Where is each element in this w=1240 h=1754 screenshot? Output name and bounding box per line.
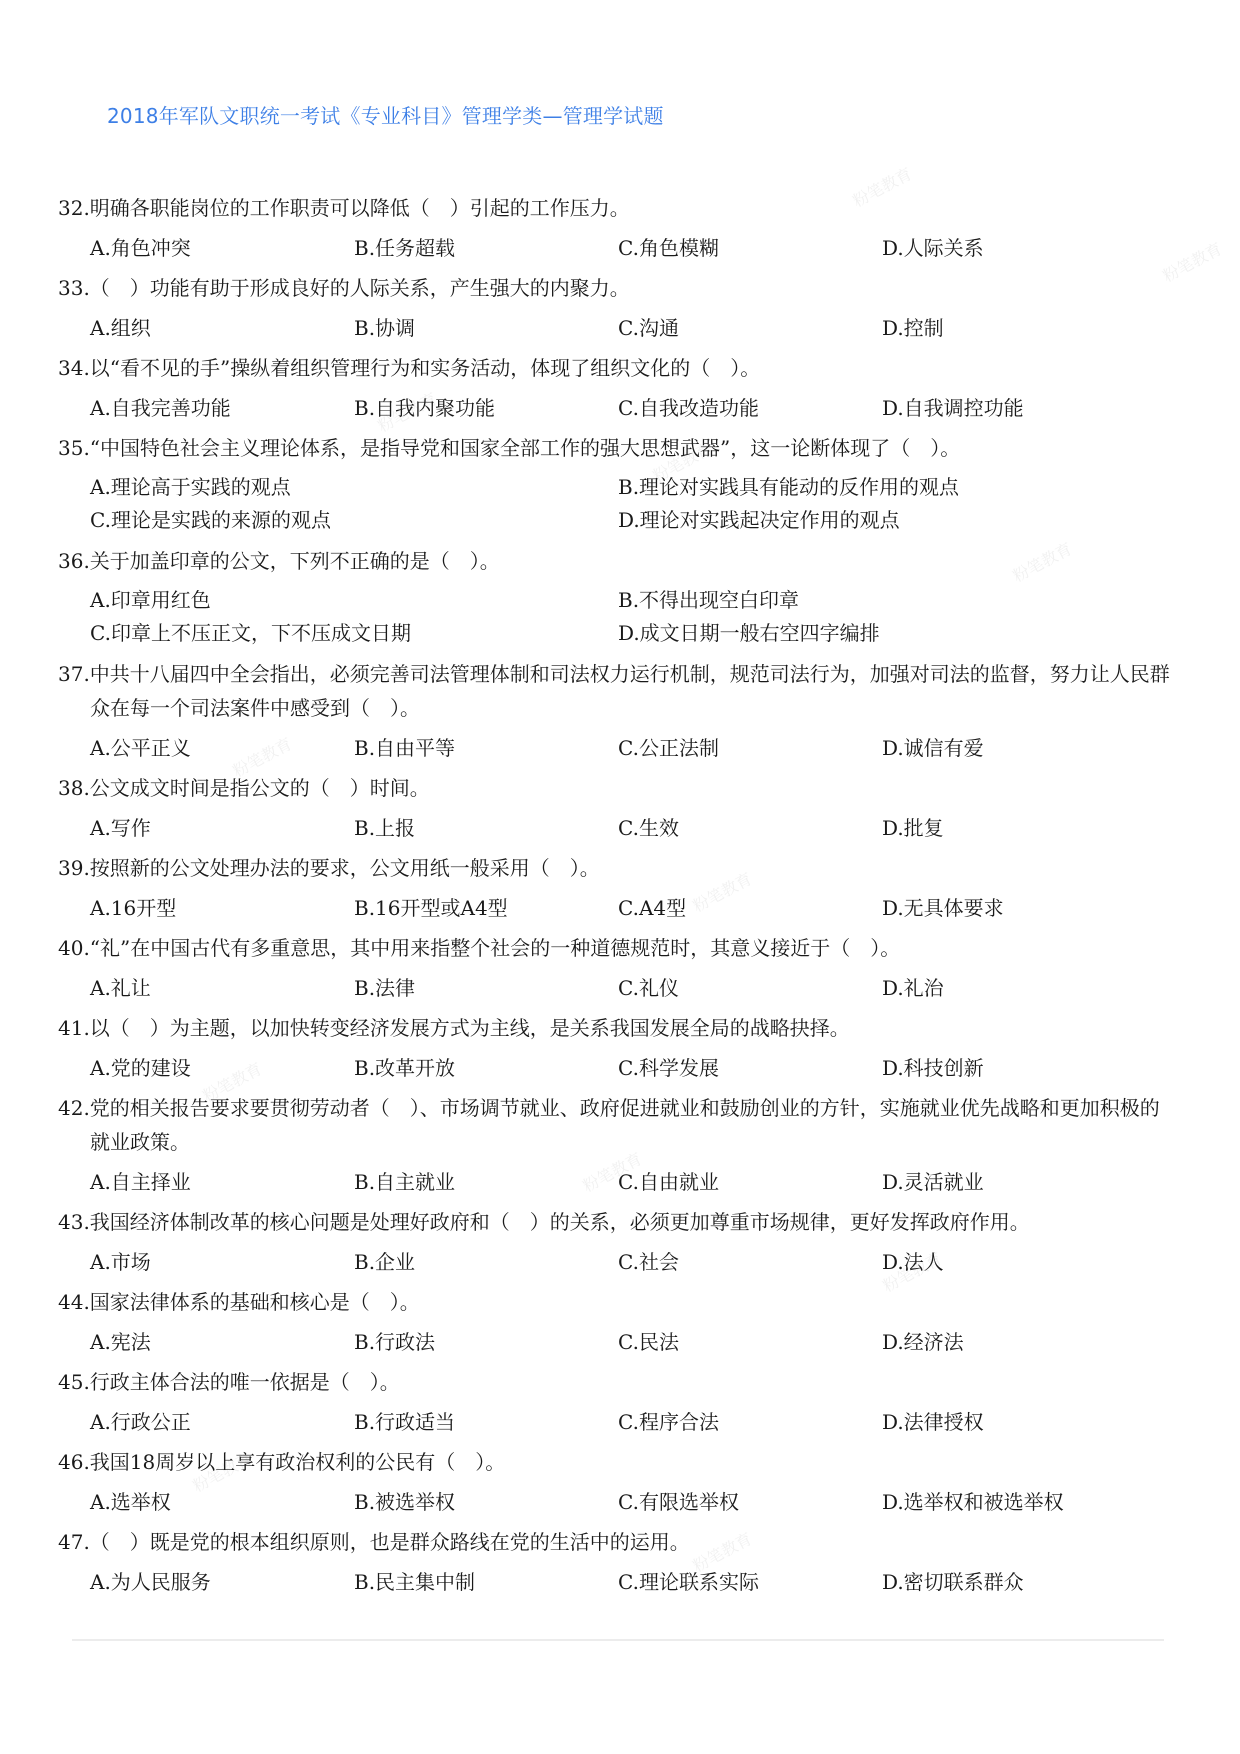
option-row: A.行政公正 B.行政适当 C.程序合法 D.法律授权	[58, 1402, 1178, 1442]
option-b: B.上报	[354, 808, 618, 848]
question-list: 32.明确各职能岗位的工作职责可以降低（ ）引起的工作压力。 A.角色冲突 B.…	[58, 188, 1178, 1602]
option-row: A.宪法 B.行政法 C.民法 D.经济法	[58, 1322, 1178, 1362]
option-a: A.自我完善功能	[90, 388, 354, 428]
question-38: 38.公文成文时间是指公文的（ ）时间。 A.写作 B.上报 C.生效 D.批复	[58, 768, 1178, 848]
option-row: A.角色冲突 B.任务超载 C.角色模糊 D.人际关系	[58, 228, 1178, 268]
question-43: 43.我国经济体制改革的核心问题是处理好政府和（ ）的关系，必须更加尊重市场规律…	[58, 1202, 1178, 1282]
option-a: A.写作	[90, 808, 354, 848]
option-b: B.法律	[354, 968, 618, 1008]
option-row: A.为人民服务 B.民主集中制 C.理论联系实际 D.密切联系群众	[58, 1562, 1178, 1602]
option-row: A.自主择业 B.自主就业 C.自由就业 D.灵活就业	[58, 1162, 1178, 1202]
option-b: B.任务超载	[354, 228, 618, 268]
option-d: D.灵活就业	[882, 1162, 1146, 1202]
option-d: D.成文日期一般右空四字编排	[618, 617, 1146, 650]
option-b: B.自我内聚功能	[354, 388, 618, 428]
footer-divider	[72, 1639, 1164, 1641]
question-stem: 32.明确各职能岗位的工作职责可以降低（ ）引起的工作压力。	[58, 188, 1178, 228]
question-stem: 34.以“看不见的手”操纵着组织管理行为和实务活动，体现了组织文化的（ ）。	[58, 348, 1178, 388]
question-37: 37.中共十八届四中全会指出，必须完善司法管理体制和司法权力运行机制，规范司法行…	[58, 654, 1178, 768]
question-39: 39.按照新的公文处理办法的要求，公文用纸一般采用（ ）。 A.16开型 B.1…	[58, 848, 1178, 928]
option-d: D.经济法	[882, 1322, 1146, 1362]
option-b: B.不得出现空白印章	[618, 584, 1146, 617]
option-d: D.选举权和被选举权	[882, 1482, 1146, 1522]
option-a: A.宪法	[90, 1322, 354, 1362]
question-42: 42.党的相关报告要求要贯彻劳动者（ ）、市场调节就业、政府促进就业和鼓励创业的…	[58, 1088, 1178, 1202]
question-45: 45.行政主体合法的唯一依据是（ ）。 A.行政公正 B.行政适当 C.程序合法…	[58, 1362, 1178, 1442]
option-d: D.诚信有爱	[882, 728, 1146, 768]
option-b: B.行政法	[354, 1322, 618, 1362]
option-d: D.无具体要求	[882, 888, 1146, 928]
option-row: A.16开型 B.16开型或A4型 C.A4型 D.无具体要求	[58, 888, 1178, 928]
question-40: 40.“礼”在中国古代有多重意思，其中用来指整个社会的一种道德规范时，其意义接近…	[58, 928, 1178, 1008]
option-a: A.选举权	[90, 1482, 354, 1522]
option-c: C.程序合法	[618, 1402, 882, 1442]
question-44: 44.国家法律体系的基础和核心是（ ）。 A.宪法 B.行政法 C.民法 D.经…	[58, 1282, 1178, 1362]
option-a: A.组织	[90, 308, 354, 348]
question-stem: 33.（ ）功能有助于形成良好的人际关系，产生强大的内聚力。	[58, 268, 1178, 308]
question-stem: 42.党的相关报告要求要贯彻劳动者（ ）、市场调节就业、政府促进就业和鼓励创业的…	[58, 1088, 1178, 1162]
option-c: C.有限选举权	[618, 1482, 882, 1522]
option-a: A.市场	[90, 1242, 354, 1282]
option-c: C.生效	[618, 808, 882, 848]
question-stem: 39.按照新的公文处理办法的要求，公文用纸一般采用（ ）。	[58, 848, 1178, 888]
question-36: 36.关于加盖印章的公文，下列不正确的是（ ）。 A.印章用红色 B.不得出现空…	[58, 541, 1178, 654]
option-b: B.企业	[354, 1242, 618, 1282]
option-row: A.组织 B.协调 C.沟通 D.控制	[58, 308, 1178, 348]
option-row: A.写作 B.上报 C.生效 D.批复	[58, 808, 1178, 848]
option-c: C.A4型	[618, 888, 882, 928]
option-c: C.自我改造功能	[618, 388, 882, 428]
document-title: 2018年军队文职统一考试《专业科目》管理学类—管理学试题	[107, 100, 664, 129]
option-row: A.自我完善功能 B.自我内聚功能 C.自我改造功能 D.自我调控功能	[58, 388, 1178, 428]
option-d: D.控制	[882, 308, 1146, 348]
question-stem: 36.关于加盖印章的公文，下列不正确的是（ ）。	[58, 541, 1178, 581]
option-b: B.自主就业	[354, 1162, 618, 1202]
option-c: C.角色模糊	[618, 228, 882, 268]
question-stem: 47.（ ）既是党的根本组织原则，也是群众路线在党的生活中的运用。	[58, 1522, 1178, 1562]
question-stem: 45.行政主体合法的唯一依据是（ ）。	[58, 1362, 1178, 1402]
question-stem: 35.“中国特色社会主义理论体系，是指导党和国家全部工作的强大思想武器”，这一论…	[58, 428, 1178, 468]
option-row: A.选举权 B.被选举权 C.有限选举权 D.选举权和被选举权	[58, 1482, 1178, 1522]
option-c: C.民法	[618, 1322, 882, 1362]
option-d: D.法律授权	[882, 1402, 1146, 1442]
option-b: B.民主集中制	[354, 1562, 618, 1602]
option-a: A.角色冲突	[90, 228, 354, 268]
option-d: D.自我调控功能	[882, 388, 1146, 428]
question-stem: 41.以（ ）为主题，以加快转变经济发展方式为主线，是关系我国发展全局的战略抉择…	[58, 1008, 1178, 1048]
option-grid: A.理论高于实践的观点 B.理论对实践具有能动的反作用的观点 C.理论是实践的来…	[58, 468, 1178, 541]
option-d: D.人际关系	[882, 228, 1146, 268]
option-c: C.理论是实践的来源的观点	[90, 504, 618, 537]
question-41: 41.以（ ）为主题，以加快转变经济发展方式为主线，是关系我国发展全局的战略抉择…	[58, 1008, 1178, 1088]
option-b: B.16开型或A4型	[354, 888, 618, 928]
option-c: C.理论联系实际	[618, 1562, 882, 1602]
question-stem: 44.国家法律体系的基础和核心是（ ）。	[58, 1282, 1178, 1322]
option-d: D.批复	[882, 808, 1146, 848]
option-c: C.公正法制	[618, 728, 882, 768]
question-35: 35.“中国特色社会主义理论体系，是指导党和国家全部工作的强大思想武器”，这一论…	[58, 428, 1178, 541]
option-row: A.党的建设 B.改革开放 C.科学发展 D.科技创新	[58, 1048, 1178, 1088]
question-stem: 43.我国经济体制改革的核心问题是处理好政府和（ ）的关系，必须更加尊重市场规律…	[58, 1202, 1178, 1242]
option-b: B.理论对实践具有能动的反作用的观点	[618, 471, 1146, 504]
option-c: C.社会	[618, 1242, 882, 1282]
option-c: C.沟通	[618, 308, 882, 348]
option-a: A.礼让	[90, 968, 354, 1008]
option-c: C.自由就业	[618, 1162, 882, 1202]
question-32: 32.明确各职能岗位的工作职责可以降低（ ）引起的工作压力。 A.角色冲突 B.…	[58, 188, 1178, 268]
question-46: 46.我国18周岁以上享有政治权利的公民有（ ）。 A.选举权 B.被选举权 C…	[58, 1442, 1178, 1522]
option-b: B.被选举权	[354, 1482, 618, 1522]
option-c: C.印章上不压正文，下不压成文日期	[90, 617, 618, 650]
option-a: A.行政公正	[90, 1402, 354, 1442]
option-b: B.协调	[354, 308, 618, 348]
question-stem: 37.中共十八届四中全会指出，必须完善司法管理体制和司法权力运行机制，规范司法行…	[58, 654, 1178, 728]
question-34: 34.以“看不见的手”操纵着组织管理行为和实务活动，体现了组织文化的（ ）。 A…	[58, 348, 1178, 428]
option-a: A.为人民服务	[90, 1562, 354, 1602]
option-d: D.理论对实践起决定作用的观点	[618, 504, 1146, 537]
option-a: A.理论高于实践的观点	[90, 471, 618, 504]
question-stem: 46.我国18周岁以上享有政治权利的公民有（ ）。	[58, 1442, 1178, 1482]
option-grid: A.印章用红色 B.不得出现空白印章 C.印章上不压正文，下不压成文日期 D.成…	[58, 581, 1178, 654]
question-stem: 40.“礼”在中国古代有多重意思，其中用来指整个社会的一种道德规范时，其意义接近…	[58, 928, 1178, 968]
option-b: B.行政适当	[354, 1402, 618, 1442]
question-47: 47.（ ）既是党的根本组织原则，也是群众路线在党的生活中的运用。 A.为人民服…	[58, 1522, 1178, 1602]
question-stem: 38.公文成文时间是指公文的（ ）时间。	[58, 768, 1178, 808]
option-d: D.法人	[882, 1242, 1146, 1282]
option-b: B.改革开放	[354, 1048, 618, 1088]
option-row: A.公平正义 B.自由平等 C.公正法制 D.诚信有爱	[58, 728, 1178, 768]
option-a: A.自主择业	[90, 1162, 354, 1202]
question-33: 33.（ ）功能有助于形成良好的人际关系，产生强大的内聚力。 A.组织 B.协调…	[58, 268, 1178, 348]
option-d: D.科技创新	[882, 1048, 1146, 1088]
option-d: D.密切联系群众	[882, 1562, 1146, 1602]
option-d: D.礼治	[882, 968, 1146, 1008]
option-c: C.礼仪	[618, 968, 882, 1008]
option-row: A.市场 B.企业 C.社会 D.法人	[58, 1242, 1178, 1282]
option-c: C.科学发展	[618, 1048, 882, 1088]
option-row: A.礼让 B.法律 C.礼仪 D.礼治	[58, 968, 1178, 1008]
option-a: A.印章用红色	[90, 584, 618, 617]
option-a: A.公平正义	[90, 728, 354, 768]
option-b: B.自由平等	[354, 728, 618, 768]
option-a: A.党的建设	[90, 1048, 354, 1088]
option-a: A.16开型	[90, 888, 354, 928]
